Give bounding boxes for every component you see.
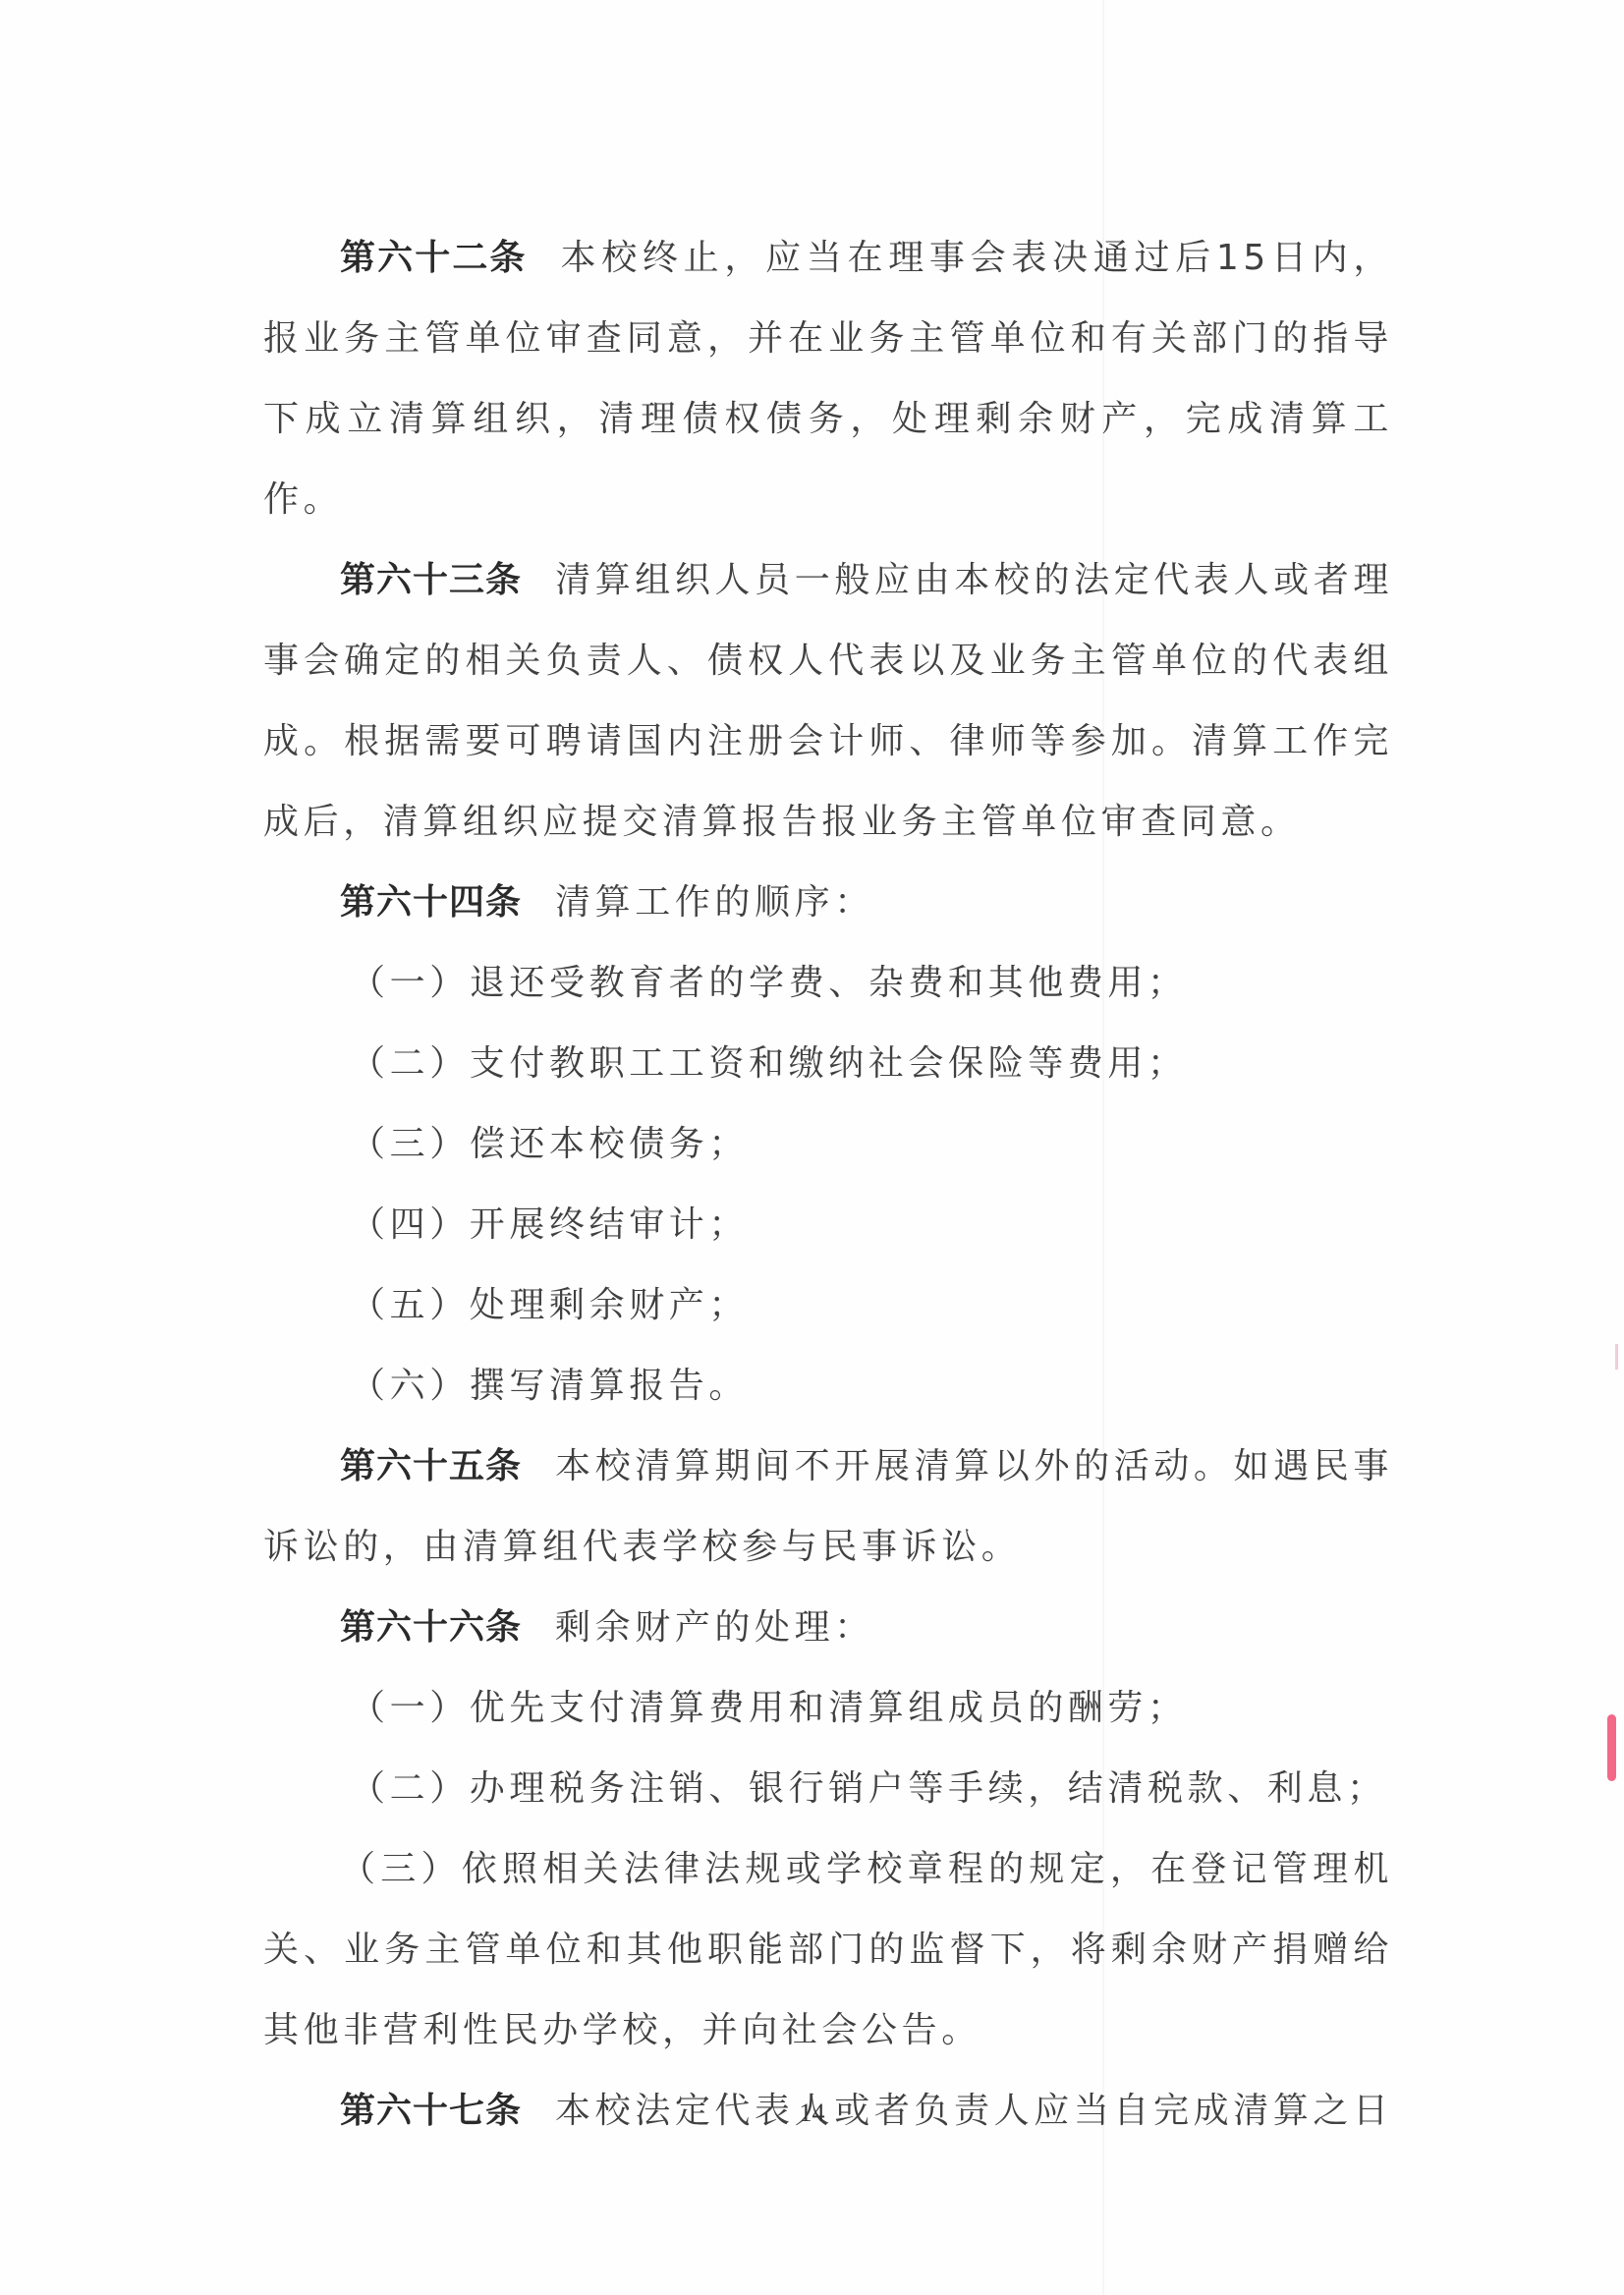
article-63: 第六十三条清算组织人员一般应由本校的法定代表人或者理事会确定的相关负责人、债权人… — [263, 540, 1393, 863]
article-label: 第六十三条 — [340, 560, 522, 600]
article-label: 第六十二条 — [340, 238, 528, 278]
article-65: 第六十五条本校清算期间不开展清算以外的活动。如遇民事诉讼的，由清算组代表学校参与… — [263, 1427, 1393, 1588]
article-text: 清算工作的顺序： — [555, 882, 874, 923]
list-item: （一）优先支付清算费用和清算组成员的酬劳； — [263, 1668, 1393, 1749]
article-64: 第六十四条清算工作的顺序： — [263, 863, 1393, 943]
list-item: （二）支付教职工工资和缴纳社会保险等费用； — [263, 1024, 1393, 1104]
list-item: （六）撰写清算报告。 — [263, 1346, 1393, 1427]
list-item-paragraph: （三）依照相关法律法规或学校章程的规定，在登记管理机关、业务主管单位和其他职能部… — [263, 1829, 1393, 2071]
list-item: （三）偿还本校债务； — [263, 1104, 1393, 1185]
article-66: 第六十六条剩余财产的处理： — [263, 1588, 1393, 1668]
article-label: 第六十四条 — [340, 882, 522, 923]
page-number: 14 — [0, 2099, 1624, 2128]
article-text: 清算组织人员一般应由本校的法定代表人或者理事会确定的相关负责人、债权人代表以及业… — [263, 560, 1393, 842]
article-text: 剩余财产的处理： — [555, 1607, 874, 1648]
seal-fragment-faint — [1615, 1344, 1618, 1370]
article-label: 第六十五条 — [340, 1446, 522, 1486]
list-item: （四）开展终结审计； — [263, 1185, 1393, 1265]
red-seal-fragment — [1607, 1714, 1616, 1781]
document-page: 第六十二条本校终止，应当在理事会表决通过后15日内，报业务主管单位审查同意，并在… — [0, 0, 1624, 2295]
list-item: （二）办理税务注销、银行销户等手续，结清税款、利息； — [263, 1749, 1393, 1829]
list-item: （五）处理剩余财产； — [263, 1265, 1393, 1346]
article-label: 第六十六条 — [340, 1607, 522, 1648]
article-62: 第六十二条本校终止，应当在理事会表决通过后15日内，报业务主管单位审查同意，并在… — [263, 218, 1393, 540]
article-text: 本校终止，应当在理事会表决通过后15日内，报业务主管单位审查同意，并在业务主管单… — [263, 238, 1393, 520]
list-item: （一）退还受教育者的学费、杂费和其他费用； — [263, 943, 1393, 1024]
document-body: 第六十二条本校终止，应当在理事会表决通过后15日内，报业务主管单位审查同意，并在… — [263, 218, 1393, 2152]
